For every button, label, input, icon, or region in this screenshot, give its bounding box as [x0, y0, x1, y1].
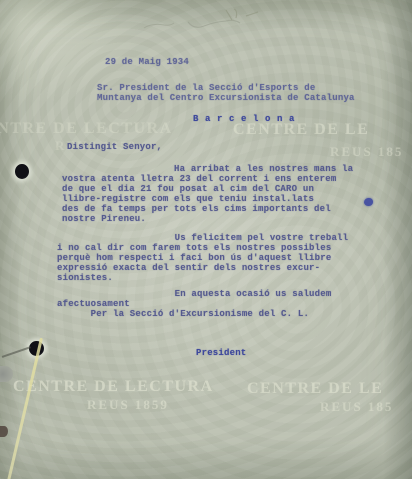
signature-title: President — [196, 348, 246, 358]
letter-date: 29 de Maig 1934 — [105, 57, 189, 67]
letter-paragraph-1: Ha arribat a les nostres mans la vostra … — [62, 164, 353, 224]
letter-closing: En aquesta ocasió us saludem afectuosame… — [57, 289, 331, 319]
hole-punch — [15, 164, 29, 179]
paper-crease — [6, 338, 42, 479]
letter-paragraph-2: Us felicitem pel vostre treball i no cal… — [57, 233, 348, 283]
watermark-centre-de-lectura: CENTRE DE LECTURA — [0, 120, 173, 138]
pencil-mark — [2, 346, 31, 357]
watermark-centre-de-lectura: CENTRE DE LE — [247, 380, 383, 398]
watermark-reus-1859: REUS 1859 — [87, 397, 169, 413]
edge-stain — [0, 426, 8, 437]
salutation: Distingit Senyor, — [67, 142, 162, 152]
recipient-city: B a r c e l o n a — [193, 114, 295, 124]
watermark-reus-1859: REUS 185 — [320, 399, 393, 415]
edge-smudge — [0, 366, 13, 382]
ink-blot — [364, 198, 373, 206]
recipient-address: Sr. President de la Secció d'Esports de … — [97, 83, 355, 103]
watermark-reus-1859: REUS 185 — [330, 144, 403, 160]
pencil-scribble — [130, 2, 290, 38]
watermark-centre-de-lectura: CENTRE DE LECTURA — [13, 378, 214, 396]
scanned-letter: CENTRE DE LECTURA REUS 1859 CENTRE DE LE… — [0, 0, 412, 479]
